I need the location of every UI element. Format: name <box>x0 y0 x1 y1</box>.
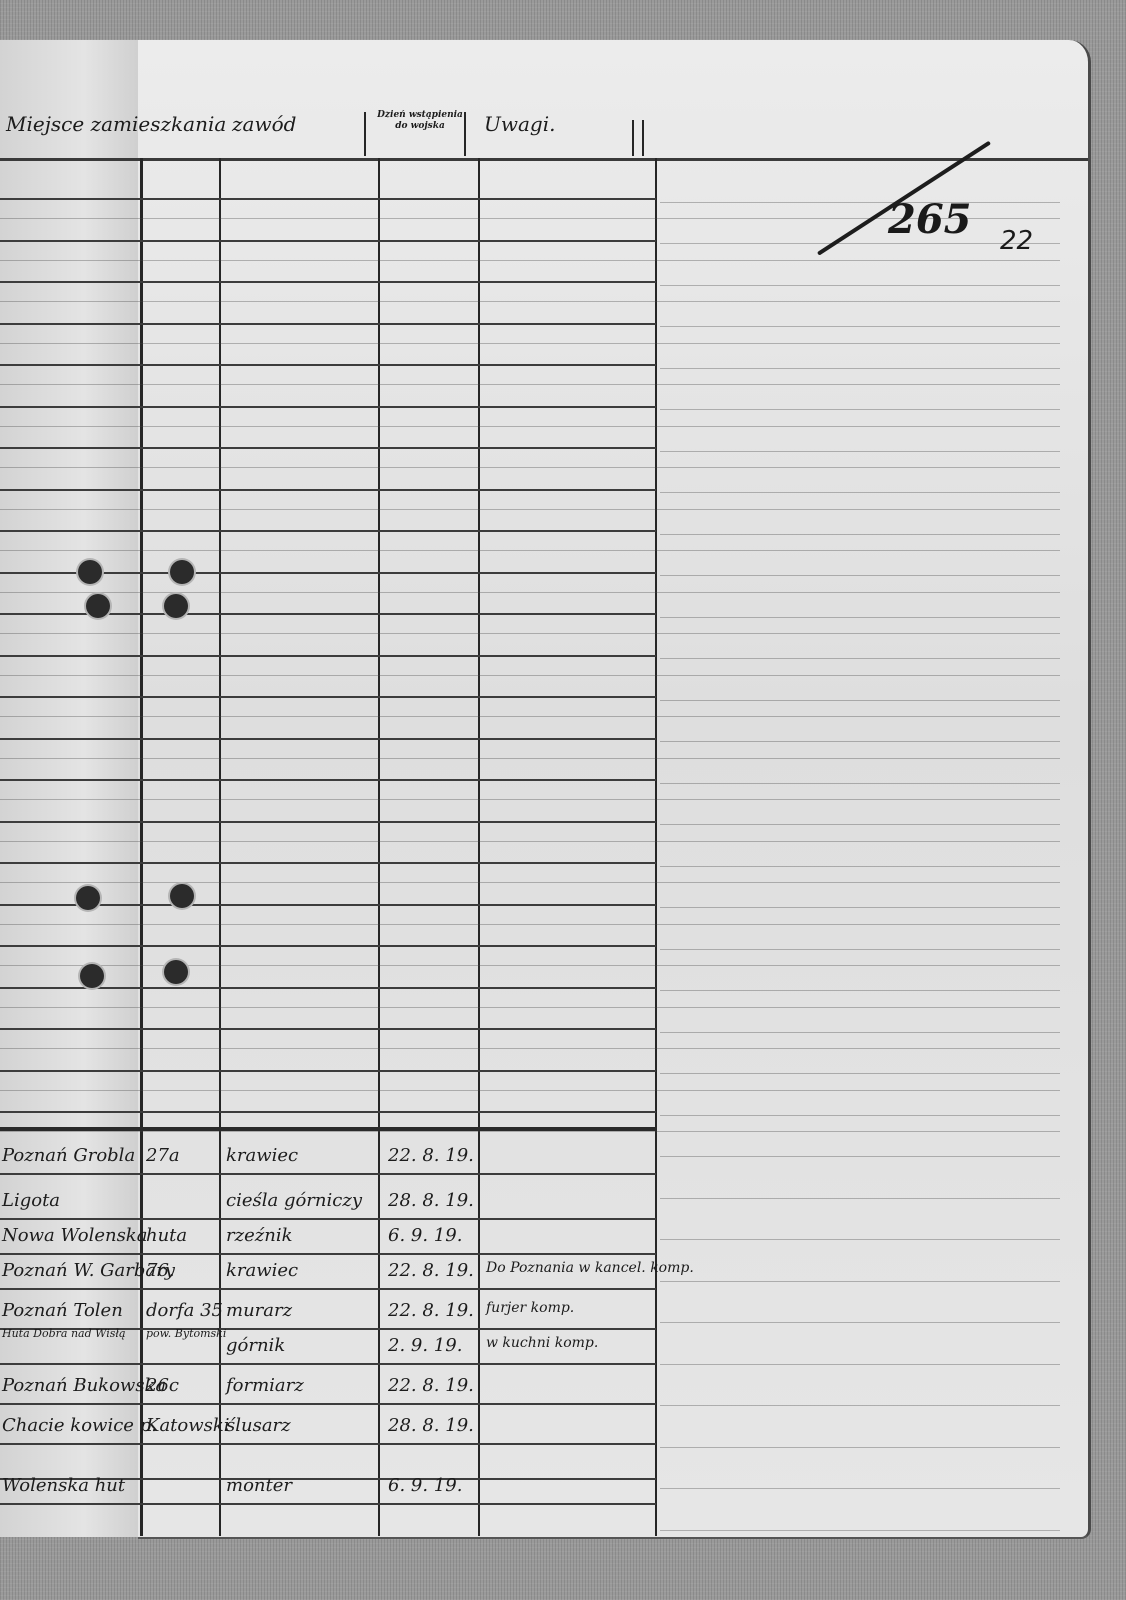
punch-hole <box>164 594 188 618</box>
faint-rule <box>0 467 1060 468</box>
page-number: 265 <box>888 196 972 243</box>
row-rule <box>0 987 656 989</box>
faint-rule <box>0 716 1060 717</box>
faint-rule <box>0 1007 1060 1008</box>
header-date: Dzień wstąpienia do wojska <box>374 110 466 132</box>
faint-rule <box>0 550 1060 551</box>
faint-rule <box>660 1364 1060 1365</box>
row-rule <box>0 364 656 366</box>
punch-hole <box>170 560 194 584</box>
cell-residence: Poznań Tolen <box>2 1300 123 1321</box>
faint-rule <box>660 741 1060 742</box>
faint-rule <box>660 575 1060 576</box>
row-rule <box>0 696 656 698</box>
cell-occupation: ślusarz <box>226 1415 291 1436</box>
cell-date: 2. 9. 19. <box>388 1335 462 1356</box>
faint-rule <box>0 924 1060 925</box>
table-row: Poznań Bukowska26cformiarz22. 8. 19. <box>0 1365 660 1405</box>
cell-date: 22. 8. 19. <box>388 1300 474 1321</box>
faint-rule <box>660 1239 1060 1240</box>
cell-occupation: rzeźnik <box>226 1225 292 1246</box>
cell-residence-detail: huta <box>146 1225 187 1246</box>
punch-hole <box>80 964 104 988</box>
cell-date: 6. 9. 19. <box>388 1475 462 1496</box>
faint-rule <box>660 1488 1060 1489</box>
faint-rule <box>660 492 1060 493</box>
table-row: Poznań Tolendorfa 35murarz22. 8. 19.furj… <box>0 1290 660 1330</box>
page-sub-number: 22 <box>1000 226 1033 256</box>
punch-hole <box>78 560 102 584</box>
punch-hole <box>86 594 110 618</box>
row-rule <box>0 904 656 906</box>
faint-rule <box>0 301 1060 302</box>
header-divider <box>632 120 634 156</box>
row-rule <box>0 1111 656 1113</box>
cell-residence: Poznań Bukowska <box>2 1375 166 1396</box>
cell-occupation: formiarz <box>226 1375 304 1396</box>
row-rule <box>0 1070 656 1072</box>
cell-remarks: furjer komp. <box>486 1300 574 1316</box>
header-divider <box>642 120 644 156</box>
faint-rule <box>0 633 1060 634</box>
row-rule <box>0 447 656 449</box>
cell-date: 22. 8. 19. <box>388 1260 474 1281</box>
row-rule <box>0 530 656 532</box>
cell-residence-detail: 76. <box>146 1260 175 1281</box>
faint-rule <box>660 368 1060 369</box>
faint-rule <box>660 1322 1060 1323</box>
faint-rule <box>0 1090 1060 1091</box>
ledger-header <box>0 40 1088 161</box>
faint-rule <box>0 426 1060 427</box>
cell-date: 22. 8. 19. <box>388 1145 474 1166</box>
faint-rule <box>0 343 1060 344</box>
table-row: Wolenska hutmonter6. 9. 19. <box>0 1465 660 1505</box>
header-residence: Miejsce zamieszkania <box>6 112 226 136</box>
cell-occupation: cieśla górniczy <box>226 1190 362 1211</box>
cell-residence-detail: dorfa 35 <box>146 1300 223 1321</box>
table-row: Poznań Grobla27akrawiec22. 8. 19. <box>0 1135 660 1175</box>
cell-occupation: monter <box>226 1475 292 1496</box>
header-divider <box>464 112 466 156</box>
row-rule <box>0 862 656 864</box>
faint-rule <box>660 326 1060 327</box>
faint-rule <box>660 783 1060 784</box>
faint-rule <box>660 617 1060 618</box>
faint-rule <box>660 1073 1060 1074</box>
faint-rule <box>660 824 1060 825</box>
faint-rule <box>0 592 1060 593</box>
row-rule <box>0 779 656 781</box>
cell-residence: Ligota <box>2 1190 60 1211</box>
cell-residence-detail: 27a <box>146 1145 180 1166</box>
cell-residence: Poznań Grobla <box>2 1145 135 1166</box>
faint-rule <box>0 384 1060 385</box>
faint-rule <box>660 202 1060 203</box>
faint-rule <box>660 866 1060 867</box>
row-rule <box>0 198 656 200</box>
header-divider <box>364 112 366 156</box>
row-rule <box>0 323 656 325</box>
cell-occupation: górnik <box>226 1335 285 1356</box>
faint-rule <box>660 700 1060 701</box>
cell-date: 28. 8. 19. <box>388 1190 474 1211</box>
cell-residence-detail: 26c <box>146 1375 179 1396</box>
faint-rule <box>660 285 1060 286</box>
row-rule <box>0 655 656 657</box>
faint-rule <box>0 1048 1060 1049</box>
table-row: Ligotacieśla górniczy28. 8. 19. <box>0 1180 660 1220</box>
faint-rule <box>660 907 1060 908</box>
row-rule <box>0 240 656 242</box>
cell-date: 6. 9. 19. <box>388 1225 462 1246</box>
row-rule <box>0 281 656 283</box>
cell-occupation: krawiec <box>226 1145 298 1166</box>
faint-rule <box>0 1131 1060 1132</box>
faint-rule <box>660 1032 1060 1033</box>
cell-residence: Huta Dobra nad Wisłą <box>2 1327 126 1340</box>
section-divider <box>0 1127 657 1131</box>
faint-rule <box>660 160 1060 161</box>
faint-rule <box>660 534 1060 535</box>
faint-rule <box>660 451 1060 452</box>
table-row: Chacie kowice p.Katowskiślusarz28. 8. 19… <box>0 1405 660 1445</box>
faint-rule <box>0 965 1060 966</box>
faint-rule <box>0 882 1060 883</box>
row-rule <box>0 489 656 491</box>
cell-occupation: murarz <box>226 1300 292 1321</box>
row-rule <box>0 821 656 823</box>
row-rule <box>0 945 656 947</box>
cell-residence: Wolenska hut <box>2 1475 125 1496</box>
faint-rule <box>0 509 1060 510</box>
faint-rule <box>660 1156 1060 1157</box>
row-rule <box>0 1028 656 1030</box>
punch-hole <box>170 884 194 908</box>
header-remarks: Uwagi. <box>484 112 555 136</box>
faint-rule <box>0 260 1060 261</box>
faint-rule <box>660 1447 1060 1448</box>
faint-rule <box>660 949 1060 950</box>
header-occupation: zawód <box>232 112 296 136</box>
table-row: Huta Dobra nad Wisłąpow. Bytomskigórnik2… <box>0 1325 660 1365</box>
faint-rule <box>660 1198 1060 1199</box>
cell-occupation: krawiec <box>226 1260 298 1281</box>
faint-rule <box>660 1405 1060 1406</box>
cell-residence: Chacie kowice p. <box>2 1415 157 1436</box>
row-rule <box>0 406 656 408</box>
table-row: Poznań W. Garbary76.krawiec22. 8. 19.Do … <box>0 1250 660 1290</box>
cell-date: 22. 8. 19. <box>388 1375 474 1396</box>
row-rule <box>0 738 656 740</box>
faint-rule <box>660 658 1060 659</box>
faint-rule <box>0 675 1060 676</box>
faint-rule <box>660 990 1060 991</box>
cell-date: 28. 8. 19. <box>388 1415 474 1436</box>
faint-rule <box>660 1115 1060 1116</box>
cell-remarks: Do Poznania w kancel. komp. <box>486 1260 694 1276</box>
faint-rule <box>0 841 1060 842</box>
cell-residence-detail: Katowski <box>146 1415 230 1436</box>
faint-rule <box>660 409 1060 410</box>
cell-remarks: w kuchni komp. <box>486 1335 598 1351</box>
faint-rule <box>0 799 1060 800</box>
faint-rule <box>0 758 1060 759</box>
punch-hole <box>76 886 100 910</box>
table-row: Nowa Wolenskahutarzeźnik6. 9. 19. <box>0 1215 660 1255</box>
cell-residence-detail: pow. Bytomski <box>146 1327 226 1340</box>
cell-residence: Nowa Wolenska <box>2 1225 147 1246</box>
faint-rule <box>660 1281 1060 1282</box>
faint-rule <box>660 1530 1060 1531</box>
punch-hole <box>164 960 188 984</box>
